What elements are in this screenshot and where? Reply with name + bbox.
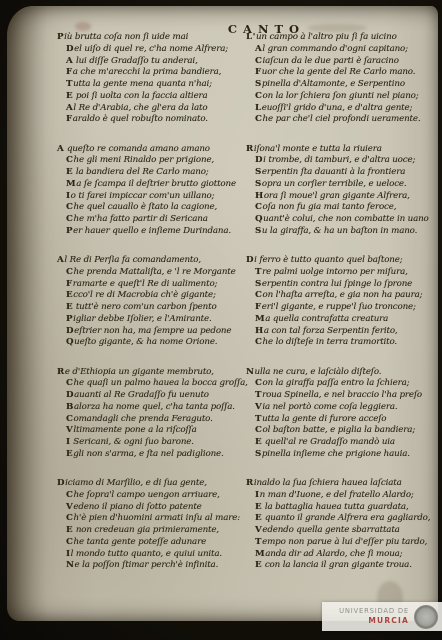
university-seal-icon	[414, 605, 438, 629]
verse-line: Ch'è pien d'huomini armati inſu al mare:	[57, 513, 243, 525]
verse-line: Rinaldo la ſua ſchiera hauea laſciata	[246, 478, 442, 490]
verse-line: Troua Spinella, e nel braccio l'ha preſo	[246, 390, 442, 402]
verse-line: Faraldo è quel robuſto nominato.	[57, 114, 243, 126]
verse-line: Che par che'l ciel profondi ueramente.	[246, 114, 442, 126]
stanza: A queſto re comanda amano amanoChe gli m…	[57, 144, 243, 238]
verse-line: Serpentin contra lui ſpinge lo ſprone	[246, 279, 442, 291]
verse-line: Feri'l gigante, e ruppe'l ſuo troncone;	[246, 302, 442, 314]
verse-line: Riſona'l monte e tutta la riuiera	[246, 144, 442, 156]
verse-line: Per hauer quello e inſieme Durindana.	[57, 226, 243, 238]
verse-line: Di trombe, di tamburi, e d'altra uoce;	[246, 155, 442, 167]
verse-line: Con l'haſta arreſta, e gia non ha paura;	[246, 290, 442, 302]
verse-line: Ecco'l re di Macrobia ch'è gigante;	[57, 290, 243, 302]
watermark-murcia-label: MURCIA	[322, 617, 409, 625]
stanza: Riſona'l monte e tutta la riuieraDi trom…	[246, 144, 442, 238]
verse-line: Io ti farei impiccar com'un uillano;	[57, 191, 243, 203]
verse-line: Vedendo quella gente sbarrattata	[246, 525, 442, 537]
stanza: Più brutta coſa non ſi uide maiDel uiſo …	[57, 32, 243, 126]
verse-line: Re d'Ethiopia un gigante membruto,	[57, 367, 243, 379]
stanza: L'un campo à l'altro piu ſi fa uicinoAl …	[246, 32, 442, 126]
verse-line: E tutt'è nero com'un carbon ſpento	[57, 302, 243, 314]
verse-line: Al Re d'Arabia, che gl'era da lato	[57, 103, 243, 115]
verse-line: E non credeuan gia primieramente,	[57, 525, 243, 537]
verse-line: Tutta la gente di furore acceſo	[246, 414, 442, 426]
stanza: Re d'Ethiopia un gigante membruto,Che qu…	[57, 367, 243, 461]
verse-line: Leuoſſi'l grido d'una, e d'altra gente;	[246, 103, 442, 115]
verse-line: Che ſopra'l campo uengon arriuare,	[57, 490, 243, 502]
verse-line: Ne la poſſon ſtimar perch'è infinita.	[57, 560, 243, 572]
verse-line: Che quaſi un palmo hauea la bocca groſſa…	[57, 378, 243, 390]
verse-line: Che gli meni Rinaldo per prigione,	[57, 155, 243, 167]
stanza: Al Re di Perſia fa comandamento,Che pren…	[57, 255, 243, 349]
verse-line: E poi ſi uolta con la faccia altiera	[57, 91, 243, 103]
verse-line: Fa che m'arecchi la prima bandiera,	[57, 67, 243, 79]
verse-line: Quant'è colui, che non combatte in uano	[246, 214, 442, 226]
verse-columns: Più brutta coſa non ſi uide maiDel uiſo …	[7, 6, 438, 621]
book-page: CANTO Più brutta coſa non ſi uide maiDel…	[7, 6, 438, 621]
verse-line: Vltimamente pone a la riſcoſſa	[57, 425, 243, 437]
verse-line: Comandagli che prenda Feraguto.	[57, 414, 243, 426]
verse-line: A queſto re comanda amano amano	[57, 144, 243, 156]
verse-line: Tre palmi uolge intorno per miſura,	[246, 267, 442, 279]
verse-line: Diciamo di Marſilio, e di ſua gente,	[57, 478, 243, 490]
verse-line: Di ferro è tutto quanto quel baſtone;	[246, 255, 442, 267]
library-watermark-text: UNIVERSIDAD DE MURCIA	[322, 608, 414, 624]
stanza: Rinaldo la ſua ſchiera hauea laſciataIn …	[246, 478, 442, 572]
verse-line: Ha con tal forza Serpentin ferito,	[246, 326, 442, 338]
verse-line: Framarte e queſt'l Re di ualimento;	[57, 279, 243, 291]
verse-line: Serpentin ſta dauanti à la frontiera	[246, 167, 442, 179]
verse-line: Sopra un corſier terribile, e ueloce.	[246, 179, 442, 191]
verse-line: Che tanta gente poteſſe adunare	[57, 537, 243, 549]
verse-line: E la battaglia hauea tutta guardata,	[246, 502, 442, 514]
verse-line: E quell'al re Gradaſſo mandò uia	[246, 437, 442, 449]
verse-line: Al gran commando d'ogni capitano;	[246, 44, 442, 56]
verse-line: Che lo diſteſe in terra tramortito.	[246, 337, 442, 349]
verse-line: Che prenda Mattaliſta, e 'l re Morgante	[57, 267, 243, 279]
photo-backdrop: CANTO Più brutta coſa non ſi uide maiDel…	[0, 0, 442, 640]
verse-line: Hora ſi moue'l gran gigante Alfrera,	[246, 191, 442, 203]
verse-line: Dauanti al Re Gradaſſo fu uenuto	[57, 390, 243, 402]
verse-line: Il mondo tutto quanto, e quiui unita.	[57, 549, 243, 561]
verse-line: Col baſton batte, e piglia la bandiera;	[246, 425, 442, 437]
verse-line: Via nel portò come coſa leggiera.	[246, 402, 442, 414]
verse-line: Che quel cauallo è ſtato la cagione,	[57, 202, 243, 214]
verse-line: Su la giraffa, & ha un baſton in mano.	[246, 226, 442, 238]
verse-column-left: Più brutta coſa non ſi uide maiDel uiſo …	[57, 32, 243, 590]
verse-line: Spinella inſieme che prigione hauia.	[246, 449, 442, 461]
stanza: Nulla ne cura, e laſciàlo diſteſo.Con la…	[246, 367, 442, 461]
verse-line: Con la lor ſchiera ſon giunti nel piano;	[246, 91, 442, 103]
verse-line: Queſto gigante, & ha nome Orione.	[57, 337, 243, 349]
verse-line: Tempo non parue à lui d'eſſer piu tardo,	[246, 537, 442, 549]
verse-line: Che m'ha fatto partir di Sericana	[57, 214, 243, 226]
verse-line: I Sericani, & ogni ſuo barone.	[57, 437, 243, 449]
verse-line: L'un campo à l'altro piu ſi fa uicino	[246, 32, 442, 44]
verse-line: Pigliar debbe Iſolier, e l'Amirante.	[57, 314, 243, 326]
verse-line: Con la giraffa paſſa entro la ſchiera;	[246, 378, 442, 390]
watermark-university-label: UNIVERSIDAD DE	[322, 608, 409, 615]
verse-line: Ma quella contrafatta creatura	[246, 314, 442, 326]
verse-line: Al Re di Perſia fa comandamento,	[57, 255, 243, 267]
verse-line: In man d'Iuone, e del fratello Alardo;	[246, 490, 442, 502]
verse-line: A lui diſſe Gradaſſo tu anderai,	[57, 56, 243, 68]
stanza: Di ferro è tutto quanto quel baſtone;Tre…	[246, 255, 442, 349]
verse-line: Fuor che la gente del Re Carlo mano.	[246, 67, 442, 79]
verse-line: Vedeno il piano di ſotto patente	[57, 502, 243, 514]
verse-line: Ciaſcun da le due parti è ſaracino	[246, 56, 442, 68]
stanza: Diciamo di Marſilio, e di ſua gente,Che …	[57, 478, 243, 572]
verse-line: Egli non s'arma, e ſta nel padiglione.	[57, 449, 243, 461]
verse-line: Nulla ne cura, e laſciàlo diſteſo.	[246, 367, 442, 379]
verse-line: Tutta la gente mena quanta n'hai;	[57, 79, 243, 91]
verse-line: Manda dir ad Alardo, che ſi moua;	[246, 549, 442, 561]
verse-line: Spinella d'Altamonte, e Serpentino	[246, 79, 442, 91]
library-watermark: UNIVERSIDAD DE MURCIA	[322, 602, 442, 631]
verse-line: E quanto il grande Alfrera era gagliardo…	[246, 513, 442, 525]
verse-line: Del uiſo di quel re, c'ha nome Alfrera;	[57, 44, 243, 56]
verse-line: Ma ſe ſcampa il deſtrier brutto giottone	[57, 179, 243, 191]
verse-column-right: L'un campo à l'altro piu ſi fa uicinoAl …	[246, 32, 442, 590]
verse-line: E la bandiera del Re Carlo mano;	[57, 167, 243, 179]
verse-line: Coſa non fu gia mai tanto feroce,	[246, 202, 442, 214]
verse-line: Balorza ha nome quel, c'ha tanta poſſa.	[57, 402, 243, 414]
verse-line: Deſtrier non ha, ma ſempre ua pedone	[57, 326, 243, 338]
verse-line: E con la lancia il gran gigante troua.	[246, 560, 442, 572]
verse-line: Più brutta coſa non ſi uide mai	[57, 32, 243, 44]
